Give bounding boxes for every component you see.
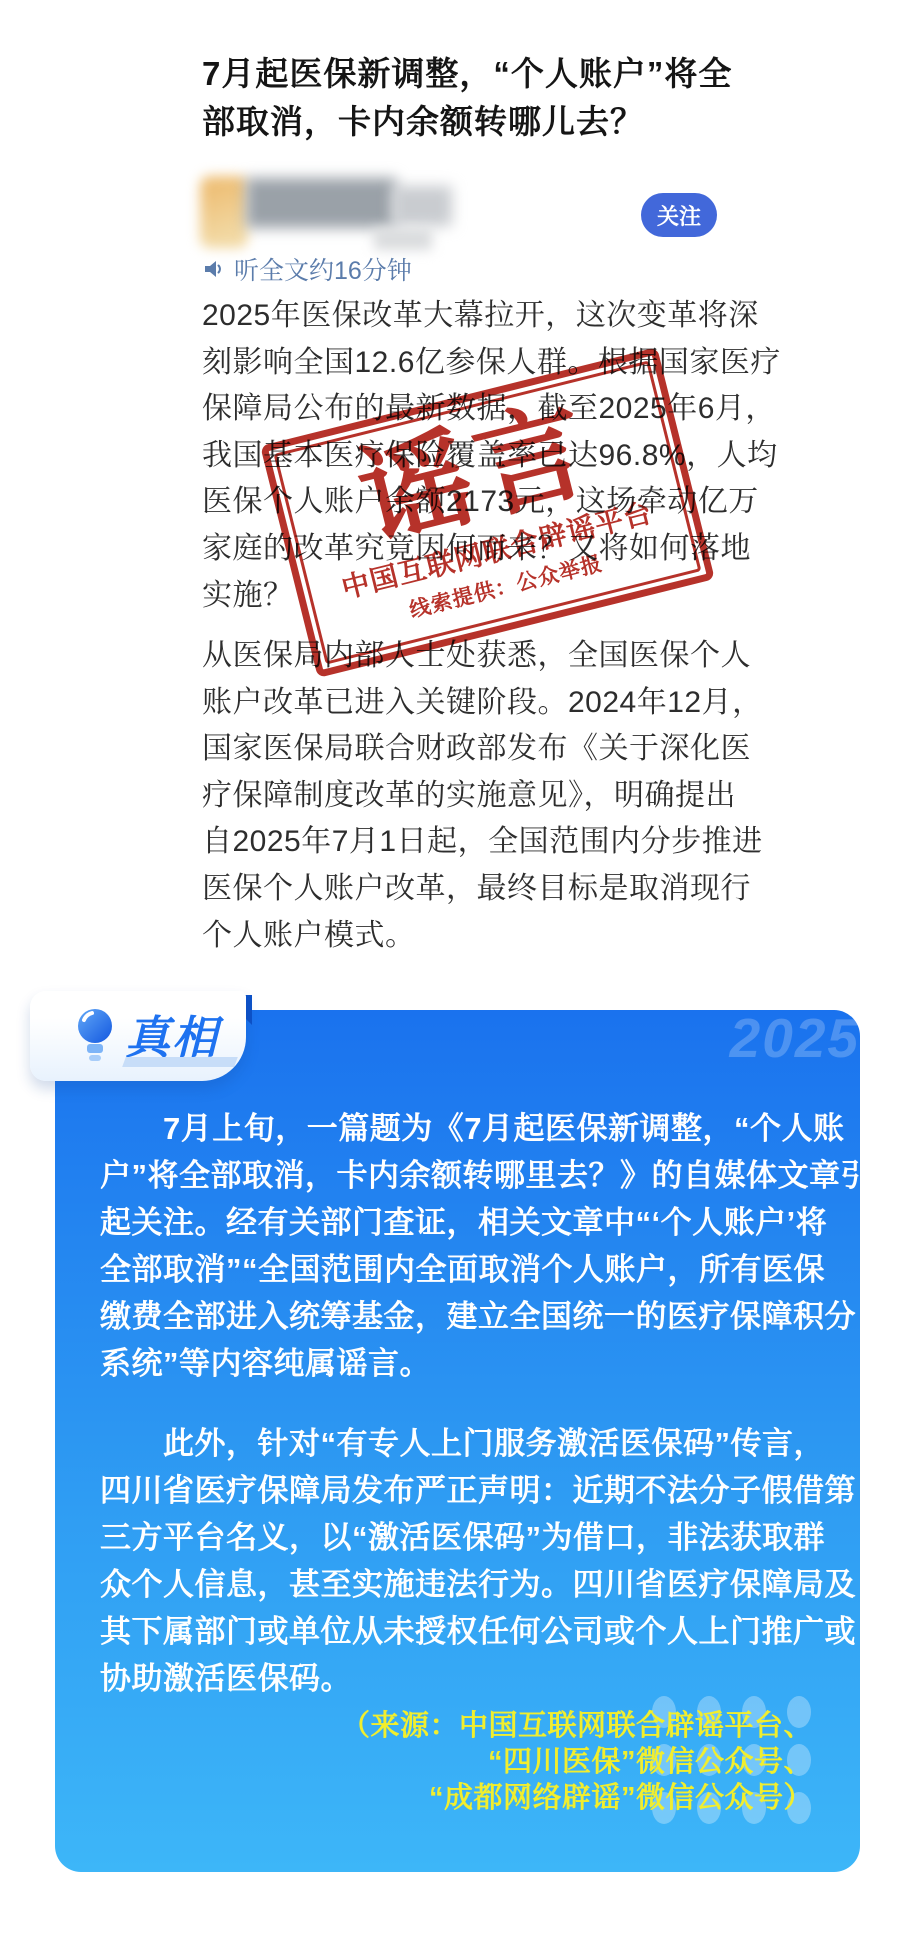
follow-button[interactable]: 关注 bbox=[641, 193, 717, 237]
text-line: 其下属部门或单位从未授权任何公司或个人上门推广或 bbox=[100, 1608, 856, 1655]
text-line: 疗保障制度改革的实施意见》，明确提出 bbox=[202, 773, 763, 820]
text-line: 7月上旬，一篇题为《7月起医保新调整，“个人账 bbox=[100, 1105, 872, 1152]
lightbulb-icon bbox=[74, 1007, 116, 1070]
article-title-line: 部取消，卡内余额转哪儿去？ bbox=[202, 98, 732, 146]
text-line: 全部取消”“全国范围内全面取消个人账户，所有医保 bbox=[100, 1246, 872, 1293]
source-line: （来源：中国互联网联合辟谣平台、 bbox=[300, 1708, 813, 1744]
listen-audio-control[interactable]: 听全文约16分钟 bbox=[202, 254, 412, 284]
truth-paragraph-2: 此外，针对“有专人上门服务激活医保码”传言，四川省医疗保障局发布严正声明：近期不… bbox=[100, 1420, 856, 1702]
text-line: 账户改革已进入关键阶段。2024年12月， bbox=[202, 680, 763, 727]
article-title: 7月起医保新调整，“个人账户”将全部取消，卡内余额转哪儿去？ bbox=[202, 50, 732, 146]
text-line: 缴费全部进入统筹基金，建立全国统一的医疗保障积分 bbox=[100, 1293, 872, 1340]
text-line: 国家医保局联合财政部发布《关于深化医 bbox=[202, 726, 763, 773]
poster-canvas: 7月起医保新调整，“个人账户”将全部取消，卡内余额转哪儿去？ 关注 听全文约16… bbox=[0, 0, 900, 1939]
text-line: 四川省医疗保障局发布严正声明：近期不法分子假借第 bbox=[100, 1467, 856, 1514]
article-paragraph-2: 从医保局内部人士处获悉，全国医保个人账户改革已进入关键阶段。2024年12月，国… bbox=[202, 633, 763, 959]
text-line: 起关注。经有关部门查证，相关文章中“‘个人账户’将 bbox=[100, 1199, 872, 1246]
text-line: 三方平台名义，以“激活医保码”为借口，非法获取群 bbox=[100, 1514, 856, 1561]
text-line: 此外，针对“有专人上门服务激活医保码”传言， bbox=[100, 1420, 856, 1467]
tab-underline-decoration bbox=[122, 1057, 238, 1067]
source-line: “四川医保”微信公众号、 bbox=[300, 1744, 813, 1780]
truth-paragraph-1: 7月上旬，一篇题为《7月起医保新调整，“个人账户”将全部取消，卡内余额转哪里去？… bbox=[100, 1105, 872, 1387]
source-attribution: （来源：中国互联网联合辟谣平台、“四川医保”微信公众号、“成都网络辟谣”微信公众… bbox=[300, 1708, 813, 1816]
text-line: 系统”等内容纯属谣言。 bbox=[100, 1340, 872, 1387]
text-line: 2025年医保改革大幕拉开，这次变革将深 bbox=[202, 293, 781, 340]
speaker-icon bbox=[202, 257, 226, 281]
text-line: 户”将全部取消，卡内余额转哪里去？》的自媒体文章引 bbox=[100, 1152, 872, 1199]
listen-label: 听全文约16分钟 bbox=[234, 251, 412, 287]
author-meta-redacted bbox=[374, 228, 432, 250]
text-line: 刻影响全国12.6亿参保人群。根据国家医疗 bbox=[202, 340, 781, 387]
author-name-redacted bbox=[392, 186, 452, 226]
author-name-redacted bbox=[246, 178, 396, 228]
text-line: 协助激活医保码。 bbox=[100, 1655, 856, 1702]
avatar[interactable] bbox=[200, 176, 248, 248]
text-line: 众个人信息，甚至实施违法行为。四川省医疗保障局及 bbox=[100, 1561, 856, 1608]
text-line: 从医保局内部人士处获悉，全国医保个人 bbox=[202, 633, 763, 680]
article-title-line: 7月起医保新调整，“个人账户”将全 bbox=[202, 50, 732, 98]
source-line: “成都网络辟谣”微信公众号） bbox=[300, 1780, 813, 1816]
truth-tab: 真相 bbox=[30, 991, 246, 1081]
text-line: 个人账户模式。 bbox=[202, 913, 763, 960]
year-watermark: 2025 bbox=[700, 1006, 860, 1070]
text-line: 医保个人账户改革，最终目标是取消现行 bbox=[202, 866, 763, 913]
text-line: 自2025年7月1日起，全国范围内分步推进 bbox=[202, 819, 763, 866]
